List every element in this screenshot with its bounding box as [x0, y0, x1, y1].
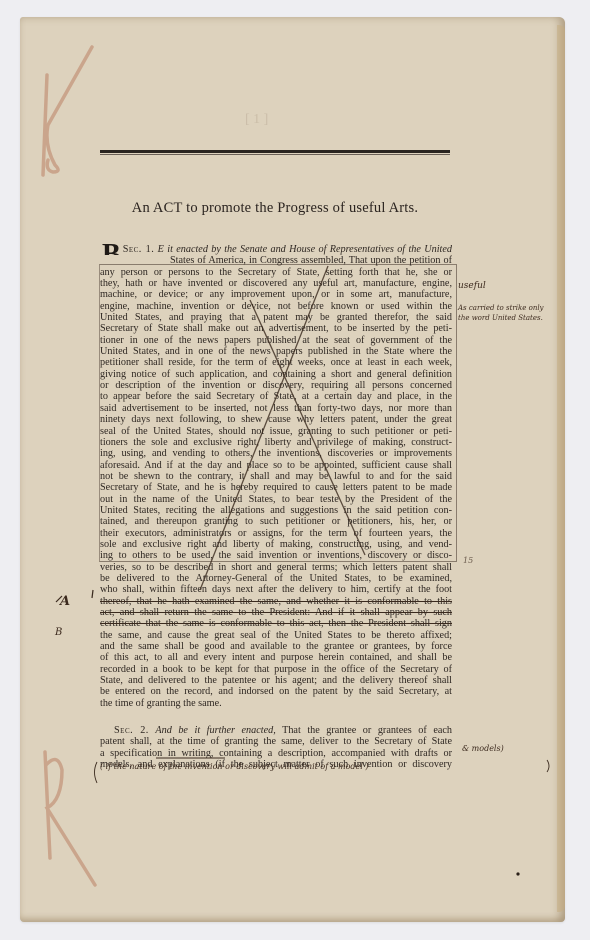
- text-line: or description of the invention or disco…: [100, 380, 452, 391]
- margin-note-15: 15: [463, 556, 473, 565]
- text-line: tioners the sole and exclusive right, li…: [100, 437, 452, 448]
- text-line: a specification in writing, containing a…: [100, 748, 452, 759]
- page-edge: [557, 25, 565, 912]
- margin-note-B: B: [55, 627, 62, 638]
- text-line: recorded in a book to be kept for that p…: [100, 664, 452, 675]
- struck-text-line: act, and shall return the same to the Pr…: [100, 607, 452, 618]
- header-rule: [100, 150, 450, 153]
- text-line: they, hath or have invented or discovere…: [100, 278, 452, 289]
- text-line: United States, and in one of the news pa…: [100, 346, 452, 357]
- text-line: to appear before the said Secretary of S…: [100, 391, 452, 402]
- text-line: aforesaid. And if at the day and place s…: [100, 460, 452, 471]
- struck-text-line: certificate that the same is conformable…: [100, 618, 452, 629]
- document-title: An ACT to promote the Progress of useful…: [80, 200, 470, 217]
- margin-note-models-insert: & models): [462, 744, 557, 753]
- margin-note-amendment: As carried to strike only the word Unite…: [458, 303, 548, 323]
- text-line: ing to others to be used, the said inven…: [100, 550, 452, 561]
- dropcap: B: [102, 244, 121, 255]
- text-line: United States, reciting the allegations …: [100, 505, 452, 516]
- text-line: ninety days next following, to shew caus…: [100, 414, 452, 425]
- text-line: said advertisement to be inserted, not l…: [100, 403, 452, 414]
- section-1: Sec. 1. B E it enacted by the Senate and…: [100, 244, 452, 770]
- text-line: United States, and praying that a patent…: [100, 312, 452, 323]
- text-line: State, and delivered to the patentee or …: [100, 675, 452, 686]
- text-line: tioner in one of the news papers publish…: [100, 335, 452, 346]
- text-line: machine, or device; or any improvement u…: [100, 289, 452, 300]
- section-2-enacting: And be it further enacted,: [155, 725, 275, 736]
- text-line: seal of the United States, should not is…: [100, 426, 452, 437]
- text-line: the same, and cause the great seal of th…: [100, 630, 452, 641]
- text-line: be delivered to the Attorney-General of …: [100, 573, 452, 584]
- text-line: giving notice of such application, and c…: [100, 369, 452, 380]
- text-line: be entered on the record, and indorsed o…: [100, 686, 452, 697]
- text-line: sole and exclusive right and liberty of …: [100, 539, 452, 550]
- text-line: who shall, within fifteen days next afte…: [100, 584, 452, 595]
- text-line: out in the name of the United States, to…: [100, 494, 452, 505]
- text-line: veries, so to be described in short and …: [100, 562, 452, 573]
- text-line: the time of granting the same.: [100, 698, 452, 709]
- margin-note-useful: useful: [458, 281, 486, 291]
- text-line: engine, machine, invention or device, no…: [100, 301, 452, 312]
- text-line: not be shewn to the contrary, it shall a…: [100, 471, 452, 482]
- handwritten-interlinear-line: ( if the nature of the invention or disc…: [100, 762, 369, 771]
- text-line: patent shall, at the time of granting th…: [100, 736, 452, 747]
- text-line: States of America, in Congress assembled…: [100, 255, 452, 266]
- text-line: of this act, to all and every intent and…: [100, 652, 452, 663]
- section-2-label: Sec. 2.: [114, 725, 149, 736]
- text-line: petitioner shall reside, for the term of…: [100, 357, 452, 368]
- text-line: Secretary of State, and he is hereby req…: [100, 482, 452, 493]
- struck-text-line: thereof, that he hath examined the same,…: [100, 596, 452, 607]
- text-line: any person or persons to the Secretary o…: [100, 267, 452, 278]
- text-line: ing, using, and vending to others, the i…: [100, 448, 452, 459]
- text-line: and the same shall be good and available…: [100, 641, 452, 652]
- margin-note-A: A: [60, 594, 70, 609]
- text-line: tained, and thereupon granting to such p…: [100, 516, 452, 527]
- section-1-label: Sec. 1.: [123, 244, 155, 255]
- section-1-line-first: Sec. 1. B E it enacted by the Senate and…: [100, 244, 452, 255]
- text-line: Secretary of State shall make out an adv…: [100, 323, 452, 334]
- text-line: their executors, administrators or assig…: [100, 528, 452, 539]
- ghost-page-number: [ 1 ]: [245, 112, 268, 128]
- header-rule-thin: [100, 154, 450, 155]
- section-2-line-first: Sec. 2. And be it further enacted, That …: [100, 725, 452, 736]
